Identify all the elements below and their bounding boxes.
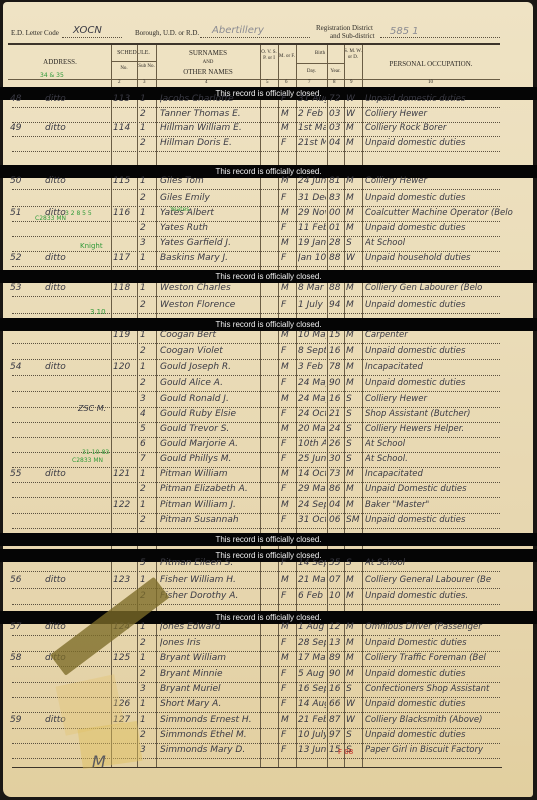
annotation-green: 31-10-83 <box>82 449 109 456</box>
row-rule <box>12 206 500 207</box>
cell-occ: At School. <box>365 454 515 464</box>
col-surnames: SURNAMES <box>156 49 260 57</box>
cell-year: 35 <box>329 558 343 568</box>
annotation-green: 3 2 8 5 5 <box>65 210 92 217</box>
cell-year: 03 <box>329 109 343 119</box>
cell-smwd: M <box>346 378 360 388</box>
cell-year: 12 <box>329 622 343 632</box>
annotation-green: 34 & 35 <box>40 72 64 79</box>
column-number: 9 <box>350 80 353 85</box>
cell-smwd: S <box>346 684 360 694</box>
cell-occ: Colliery General Labourer (Be <box>365 575 515 585</box>
cell-sub: 2 <box>140 484 154 494</box>
cell-name: Pitman Susannah <box>160 515 258 525</box>
cell-sex: F <box>281 193 295 203</box>
cell-smwd: M <box>346 484 360 494</box>
cell-occ: Paper Girl in Biscuit Factory <box>365 745 515 755</box>
cell-sub: 2 <box>140 193 154 203</box>
cell-occ: Coalcutter Machine Operator (Belo <box>365 208 515 218</box>
census-row: 48ditto1131Jacobs CharlotteF31 Aug72WUnp… <box>0 94 537 108</box>
cell-sub: 5 <box>140 424 154 434</box>
cell-name: Gould Trevor S. <box>160 424 258 434</box>
census-row: 56ditto1231Fisher William H.M21 Mar07MCo… <box>0 575 537 589</box>
cell-sched: 118 <box>113 283 135 293</box>
cell-occ: At School <box>365 439 515 449</box>
cell-day: 8 Sept <box>298 346 326 356</box>
cell-sex: F <box>281 669 295 679</box>
cell-year: 66 <box>329 699 343 709</box>
row-rule <box>12 236 500 237</box>
cell-sub: 1 <box>140 715 154 725</box>
cell-year: 88 <box>329 253 343 263</box>
cell-sex: F <box>281 378 295 388</box>
sub-district-label: and Sub-district <box>330 32 375 40</box>
cell-name: Hillman Doris E. <box>160 138 258 148</box>
cell-occ: Incapacitated <box>365 469 515 479</box>
cell-name: Pitman Eileen S. <box>160 558 258 568</box>
cell-occ: Omnibus Driver (Passenger <box>365 622 515 632</box>
cell-sched: 123 <box>113 575 135 585</box>
row-rule <box>12 422 500 423</box>
col-birth-day: Day. <box>296 69 327 74</box>
cell-sub: 4 <box>140 409 154 419</box>
cell-sched: 114 <box>113 123 135 133</box>
cell-day: 10 May <box>298 330 326 340</box>
cell-smwd: M <box>346 669 360 679</box>
cell-year: 83 <box>329 193 343 203</box>
census-row: 5Gould Trevor S.M20 Mar24SColliery Hewer… <box>0 424 537 438</box>
cell-sex: M <box>281 123 295 133</box>
census-row: 53ditto1181Weston CharlesM8 Mar88MCollie… <box>0 283 537 297</box>
cell-name: Fisher Dorothy A. <box>160 591 258 601</box>
cell-addr-no: 51 <box>10 208 30 218</box>
cell-day: 31 Aug <box>298 94 326 104</box>
cell-year: 13 <box>329 638 343 648</box>
cell-name: Pitman William J. <box>160 500 258 510</box>
cell-year: 00 <box>329 208 343 218</box>
row-rule <box>12 528 500 529</box>
cell-sub: 3 <box>140 238 154 248</box>
cell-name: Coogan Bert <box>160 330 258 340</box>
census-row: 55ditto1211Pitman WilliamM14 Oct73MIncap… <box>0 469 537 483</box>
cell-occ: Confectioners Shop Assistant <box>365 684 515 694</box>
cell-name: Jacobs Charlotte <box>160 94 258 104</box>
cell-smwd: M <box>346 346 360 356</box>
cell-sub: 1 <box>140 94 154 104</box>
cell-smwd: M <box>346 469 360 479</box>
margin-mark: ZSC M. <box>78 404 106 413</box>
cell-smwd: M <box>346 622 360 632</box>
cell-addr: ditto <box>45 176 95 186</box>
cell-name: Yates Ruth <box>160 223 258 233</box>
cell-name: Fisher William H. <box>160 575 258 585</box>
cell-addr-no: 49 <box>10 123 30 133</box>
cell-occ: Unpaid Domestic duties <box>365 484 515 494</box>
cell-sex: F <box>281 223 295 233</box>
cell-occ: Unpaid domestic duties <box>365 94 515 104</box>
cell-sub: 1 <box>140 176 154 186</box>
cell-name: Weston Charles <box>160 283 258 293</box>
cell-smwd: W <box>346 94 360 104</box>
cell-sched: 117 <box>113 253 135 263</box>
cell-addr-no: 48 <box>10 94 30 104</box>
cell-smwd: M <box>346 330 360 340</box>
cell-addr-no: 53 <box>10 283 30 293</box>
row-rule <box>12 343 500 344</box>
row-rule <box>12 437 500 438</box>
annotation-red: F 08 <box>338 748 353 756</box>
closed-record-bar: This record is officially closed. <box>0 533 537 546</box>
row-rule <box>12 313 500 314</box>
cell-day: 6 Feb <box>298 591 326 601</box>
cell-addr: ditto <box>45 94 95 104</box>
cell-name: Baskins Mary J. <box>160 253 258 263</box>
cell-name: Giles Emily <box>160 193 258 203</box>
cell-name: Pitman Elizabeth A. <box>160 484 258 494</box>
cell-addr: ditto <box>45 123 95 133</box>
col-schedule: SCHEDULE. <box>111 50 156 56</box>
cell-day: 31 Oct <box>298 515 326 525</box>
closed-record-bar: This record is officially closed. <box>0 270 537 283</box>
cell-smwd: S <box>346 558 360 568</box>
cell-addr-no: 59 <box>10 715 30 725</box>
cell-occ: Baker "Master" <box>365 500 515 510</box>
cell-day: 25 June <box>298 454 326 464</box>
cell-year: 15 <box>329 330 343 340</box>
col-address: ADDRESS. <box>10 58 110 66</box>
annotation-green: C2833 MN <box>72 457 103 464</box>
cell-year: 26 <box>329 439 343 449</box>
cell-year: 03 <box>329 123 343 133</box>
cell-occ: Unpaid household duties <box>365 253 515 263</box>
census-row: 2Weston FlorenceF1 July94MUnpaid domesti… <box>0 300 537 314</box>
cell-name: Bryant Muriel <box>160 684 258 694</box>
cell-smwd: M <box>346 123 360 133</box>
cell-occ: At School <box>365 238 515 248</box>
cell-year: 89 <box>329 653 343 663</box>
cell-sex: F <box>281 684 295 694</box>
cell-sex: F <box>281 558 295 568</box>
cell-year: 16 <box>329 394 343 404</box>
col-ovspi: O. V. S. P. or I <box>260 50 278 62</box>
cell-sex: M <box>281 330 295 340</box>
col-sex: M. or F. <box>278 54 296 60</box>
column-number: 2 <box>118 80 121 85</box>
cell-occ: Unpaid domestic duties <box>365 669 515 679</box>
cell-sched: 125 <box>113 653 135 663</box>
cell-occ: Unpaid domestic duties <box>365 346 515 356</box>
row-rule <box>12 189 500 190</box>
cell-sched: 119 <box>113 330 135 340</box>
cell-sub: 1 <box>140 123 154 133</box>
cell-addr: ditto <box>45 362 95 372</box>
cell-year: 72 <box>329 94 343 104</box>
cell-occ: Unpaid domestic duties <box>365 223 515 233</box>
cell-smwd: W <box>346 699 360 709</box>
cell-smwd: S <box>346 454 360 464</box>
cell-smwd: W <box>346 715 360 725</box>
cell-sex: F <box>281 591 295 601</box>
cell-sex: F <box>281 346 295 356</box>
cell-sex: M <box>281 238 295 248</box>
cell-day: 10 July <box>298 730 326 740</box>
cell-year: 16 <box>329 346 343 356</box>
column-number: 7 <box>308 80 311 85</box>
annotation-green: Yeates <box>170 206 189 213</box>
cell-sub: 2 <box>140 669 154 679</box>
cell-name: Gould Ronald J. <box>160 394 258 404</box>
cell-year: 78 <box>329 362 343 372</box>
row-rule <box>12 666 500 667</box>
cell-addr: ditto <box>45 283 95 293</box>
cell-sex: F <box>281 515 295 525</box>
cell-name: Pitman William <box>160 469 258 479</box>
col-occupation: PERSONAL OCCUPATION. <box>362 60 500 68</box>
row-rule <box>12 359 500 360</box>
cell-sub: 2 <box>140 515 154 525</box>
cell-day: 24 June <box>298 176 326 186</box>
cell-addr-no: 54 <box>10 362 30 372</box>
cell-name: Gould Ruby Elsie <box>160 409 258 419</box>
cell-sex: F <box>281 138 295 148</box>
cell-addr-no: 50 <box>10 176 30 186</box>
cell-smwd: M <box>346 591 360 601</box>
cell-sub: 1 <box>140 253 154 263</box>
cell-year: 90 <box>329 669 343 679</box>
cell-sex: M <box>281 715 295 725</box>
cell-day: 20 Mar <box>298 424 326 434</box>
column-number: 10 <box>428 80 433 85</box>
row-rule <box>12 482 500 483</box>
cell-occ: Unpaid domestic duties. <box>365 591 515 601</box>
cell-occ: Unpaid domestic duties <box>365 515 515 525</box>
cell-year: 21 <box>329 409 343 419</box>
census-row: 6Gould Marjorie A.F10th Aug26SAt School <box>0 439 537 453</box>
cell-occ: Colliery Traffic Foreman (Bel <box>365 653 515 663</box>
cell-addr-no: 56 <box>10 575 30 585</box>
row-rule <box>12 513 500 514</box>
row-rule <box>12 588 500 589</box>
cell-sched: 116 <box>113 208 135 218</box>
cell-addr-no: 58 <box>10 653 30 663</box>
cell-year: 90 <box>329 378 343 388</box>
cell-year: 07 <box>329 575 343 585</box>
row-rule <box>12 497 500 498</box>
annotation-green: Knight <box>80 242 103 250</box>
census-row: 2Pitman Elizabeth A.F29 Mar86MUnpaid Dom… <box>0 484 537 498</box>
cell-day: 21 Mar <box>298 575 326 585</box>
column-number: 8 <box>333 80 336 85</box>
cell-occ: Unpaid domestic duties <box>365 138 515 148</box>
cell-sub: 7 <box>140 454 154 464</box>
cell-sex: F <box>281 409 295 419</box>
cell-year: 01 <box>329 223 343 233</box>
cell-day: 14 Sept <box>298 558 326 568</box>
cell-addr: ditto <box>45 469 95 479</box>
row-rule <box>12 136 500 137</box>
cell-addr: ditto <box>45 575 95 585</box>
cell-smwd: M <box>346 138 360 148</box>
cell-occ: Colliery Hewers Helper. <box>365 424 515 434</box>
cell-smwd: SM <box>346 515 360 525</box>
cell-sub: 1 <box>140 330 154 340</box>
cell-sub: 1 <box>140 208 154 218</box>
cell-sex: F <box>281 730 295 740</box>
row-rule <box>12 391 500 392</box>
tape-residue <box>78 721 143 769</box>
cell-day: 1 July <box>298 300 326 310</box>
census-row: 2Fisher Dorothy A.F6 Feb10MUnpaid domest… <box>0 591 537 605</box>
cell-smwd: M <box>346 193 360 203</box>
col-surnames-and: AND <box>156 60 260 65</box>
census-row: 1221Pitman William J.M24 Sept04MBaker "M… <box>0 500 537 514</box>
row-rule <box>12 571 500 572</box>
cell-name: Jones Iris <box>160 638 258 648</box>
cell-sched: 122 <box>113 500 135 510</box>
cell-sub: 2 <box>140 730 154 740</box>
census-row: 52ditto1171Baskins Mary J.FJan 10th88WUn… <box>0 253 537 267</box>
column-number: 3 <box>143 80 146 85</box>
cell-sex: M <box>281 109 295 119</box>
cell-sex: M <box>281 500 295 510</box>
cell-year: 73 <box>329 469 343 479</box>
cell-occ: Colliery Blacksmith (Above) <box>365 715 515 725</box>
col-birth: Birth <box>296 51 344 56</box>
cell-name: Jones Edward <box>160 622 258 632</box>
registration-district-label: Registration District <box>316 24 373 32</box>
cell-year: 97 <box>329 730 343 740</box>
cell-name: Bryant Minnie <box>160 669 258 679</box>
cell-day: 3 Feb <box>298 362 326 372</box>
col-other-names: OTHER NAMES <box>156 68 260 76</box>
cell-sex: M <box>281 622 295 632</box>
cell-sex: F <box>281 484 295 494</box>
cell-sex: M <box>281 424 295 434</box>
cell-sex: F <box>281 300 295 310</box>
cell-addr-no: 55 <box>10 469 30 479</box>
cell-year: 06 <box>329 515 343 525</box>
cell-name: Coogan Violet <box>160 346 258 356</box>
cell-day: 1st Mar <box>298 123 326 133</box>
cell-sex: F <box>281 745 295 755</box>
ed-letter-code-label: E.D. Letter Code <box>11 29 59 37</box>
cell-name: Gould Joseph R. <box>160 362 258 372</box>
cell-name: Gould Marjorie A. <box>160 439 258 449</box>
cell-sex: M <box>281 208 295 218</box>
row-rule <box>12 251 500 252</box>
cell-sub: 3 <box>140 684 154 694</box>
cell-sub: 2 <box>140 223 154 233</box>
cell-year: 28 <box>329 238 343 248</box>
cell-name: Simmonds Ethel M. <box>160 730 258 740</box>
cell-sub: 2 <box>140 346 154 356</box>
cell-sub: 2 <box>140 300 154 310</box>
cell-day: 5 Aug <box>298 669 326 679</box>
cell-occ: At School <box>365 558 515 568</box>
cell-day: 24 May <box>298 378 326 388</box>
cell-occ: Unpaid Domestic duties <box>365 638 515 648</box>
cell-sex: M <box>281 653 295 663</box>
col-birth-year: Year. <box>327 69 344 74</box>
census-row: 50ditto1151Giles TomM24 June81MColliery … <box>0 176 537 190</box>
row-rule <box>12 375 500 376</box>
annotation-green: C2833 MN <box>35 215 66 222</box>
cell-addr-no: 52 <box>10 253 30 263</box>
cell-smwd: M <box>346 208 360 218</box>
cell-day: 17 Mar <box>298 653 326 663</box>
cell-occ: Colliery Gen Labourer (Belo <box>365 283 515 293</box>
cell-smwd: M <box>346 223 360 233</box>
cell-occ: Colliery Hewer <box>365 394 515 404</box>
census-row: 5Pitman Eileen S.F14 Sept35SAt School <box>0 558 537 572</box>
cell-smwd: M <box>346 575 360 585</box>
row-rule <box>12 604 500 605</box>
row-rule <box>12 296 500 297</box>
cell-year: 81 <box>329 176 343 186</box>
cell-year: 30 <box>329 454 343 464</box>
cell-year: 86 <box>329 484 343 494</box>
cell-sched: 113 <box>113 94 135 104</box>
cell-name: Tanner Thomas E. <box>160 109 258 119</box>
census-row: 2Yates RuthF11 Feb01MUnpaid domestic dut… <box>0 223 537 237</box>
col-smwd: S. M. W. or D. <box>344 49 362 61</box>
cell-name: Hillman William E. <box>160 123 258 133</box>
cell-occ: Unpaid domestic duties <box>365 193 515 203</box>
cell-smwd: M <box>346 300 360 310</box>
cell-smwd: S <box>346 424 360 434</box>
cell-year: 10 <box>329 591 343 601</box>
cell-day: 8 Mar <box>298 283 326 293</box>
cell-sex: F <box>281 638 295 648</box>
row-rule <box>12 266 500 267</box>
row-rule <box>12 107 500 108</box>
cell-smwd: S <box>346 238 360 248</box>
cell-smwd: S <box>346 409 360 419</box>
col-schedule-no: No. <box>111 66 137 71</box>
cell-name: Yates Garfield J. <box>160 238 258 248</box>
cell-sub: 6 <box>140 439 154 449</box>
cell-day: 10th Aug <box>298 439 326 449</box>
cell-sex: M <box>281 283 295 293</box>
cell-sub: 2 <box>140 109 154 119</box>
cell-occ: Carpenter <box>365 330 515 340</box>
cell-smwd: M <box>346 176 360 186</box>
cell-smwd: M <box>346 638 360 648</box>
cell-day: 21st May <box>298 138 326 148</box>
cell-sex: M <box>281 394 295 404</box>
cell-day: 28 Sept <box>298 638 326 648</box>
cell-sub: 1 <box>140 500 154 510</box>
cell-sched: 120 <box>113 362 135 372</box>
cell-day: 14 Aug <box>298 699 326 709</box>
cell-sub: 2 <box>140 638 154 648</box>
cell-smwd: S <box>346 730 360 740</box>
cell-sub: 1 <box>140 653 154 663</box>
cell-day: 24 Sept <box>298 500 326 510</box>
cell-name: Simmonds Mary D. <box>160 745 258 755</box>
cell-day: 14 Oct <box>298 469 326 479</box>
census-row: 2Hillman Doris E.F21st May04MUnpaid dome… <box>0 138 537 152</box>
cell-name: Gould Alice A. <box>160 378 258 388</box>
cell-occ: Shop Assistant (Butcher) <box>365 409 515 419</box>
cell-sub: 1 <box>140 622 154 632</box>
cell-sex: M <box>281 575 295 585</box>
cell-occ: Colliery Hewer <box>365 109 515 119</box>
col-schedule-sub: Sub No. <box>137 64 156 69</box>
cell-day: Jan 10th <box>298 253 326 263</box>
row-rule <box>12 467 500 468</box>
cell-occ: Incapacitated <box>365 362 515 372</box>
